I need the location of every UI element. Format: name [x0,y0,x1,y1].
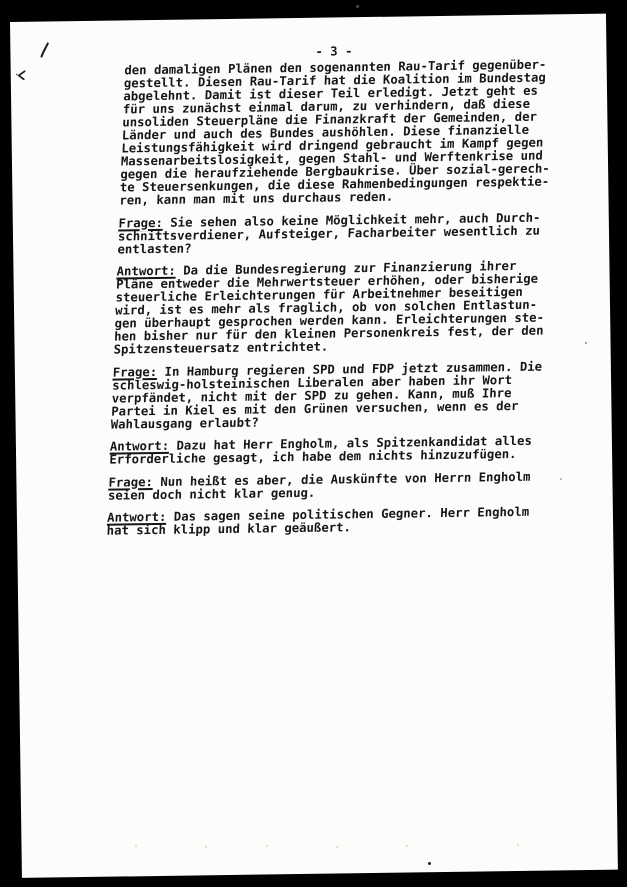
scan-speck [428,862,431,865]
document-page: - 3 - den damaligen Plänen den sogenannt… [10,14,618,878]
qa-text: Sie sehen also keine Möglichkeit mehr, a… [117,210,540,256]
scan-speck [205,846,207,848]
scan-background: { "page": { "page_number": "- 3 -", "blo… [0,0,627,887]
qa-text: den damaligen Plänen den sogenannten Rau… [119,58,550,208]
page-number: - 3 - [315,45,352,59]
qa-text: Das sagen seine politischen Gegner. Herr… [106,505,529,538]
qa-text: Dazu hat Herr Engholm, als Spitzenkandid… [109,434,532,467]
scan-speck [356,5,359,8]
qa-text: Da die Bundesregierung zur Finanzierung … [113,259,544,357]
scan-speck [560,478,562,480]
qa-block-frage-1: Frage: Sie sehen also keine Möglichkeit … [117,210,598,256]
pen-mark-angle [16,70,28,83]
scan-speck [517,844,519,846]
scan-speck [406,845,408,847]
scan-speck [336,846,338,848]
qa-text: Nun heißt es aber, die Auskünfte von Her… [108,469,531,502]
qa-block-antwort-2: Antwort: Dazu hat Herr Engholm, als Spit… [109,434,590,467]
scan-speck [266,845,268,847]
scan-speck [585,342,587,344]
qa-block-frage-3: Frage: Nun heißt es aber, die Auskünfte … [108,469,589,502]
pen-mark-slash [38,41,52,59]
scan-speck [135,845,137,847]
qa-text: In Hamburg regieren SPD und FDP jetzt zu… [111,359,543,431]
qa-block-frage-2: Frage: In Hamburg regieren SPD und FDP j… [111,359,593,431]
qa-block-antwort-1: Antwort: Da die Bundesregierung zur Fina… [113,259,596,357]
opening-paragraph: den damaligen Plänen den sogenannten Rau… [119,58,604,208]
document-text: den damaligen Plänen den sogenannten Rau… [106,58,605,548]
qa-block-antwort-3: Antwort: Das sagen seine politischen Geg… [106,505,587,538]
